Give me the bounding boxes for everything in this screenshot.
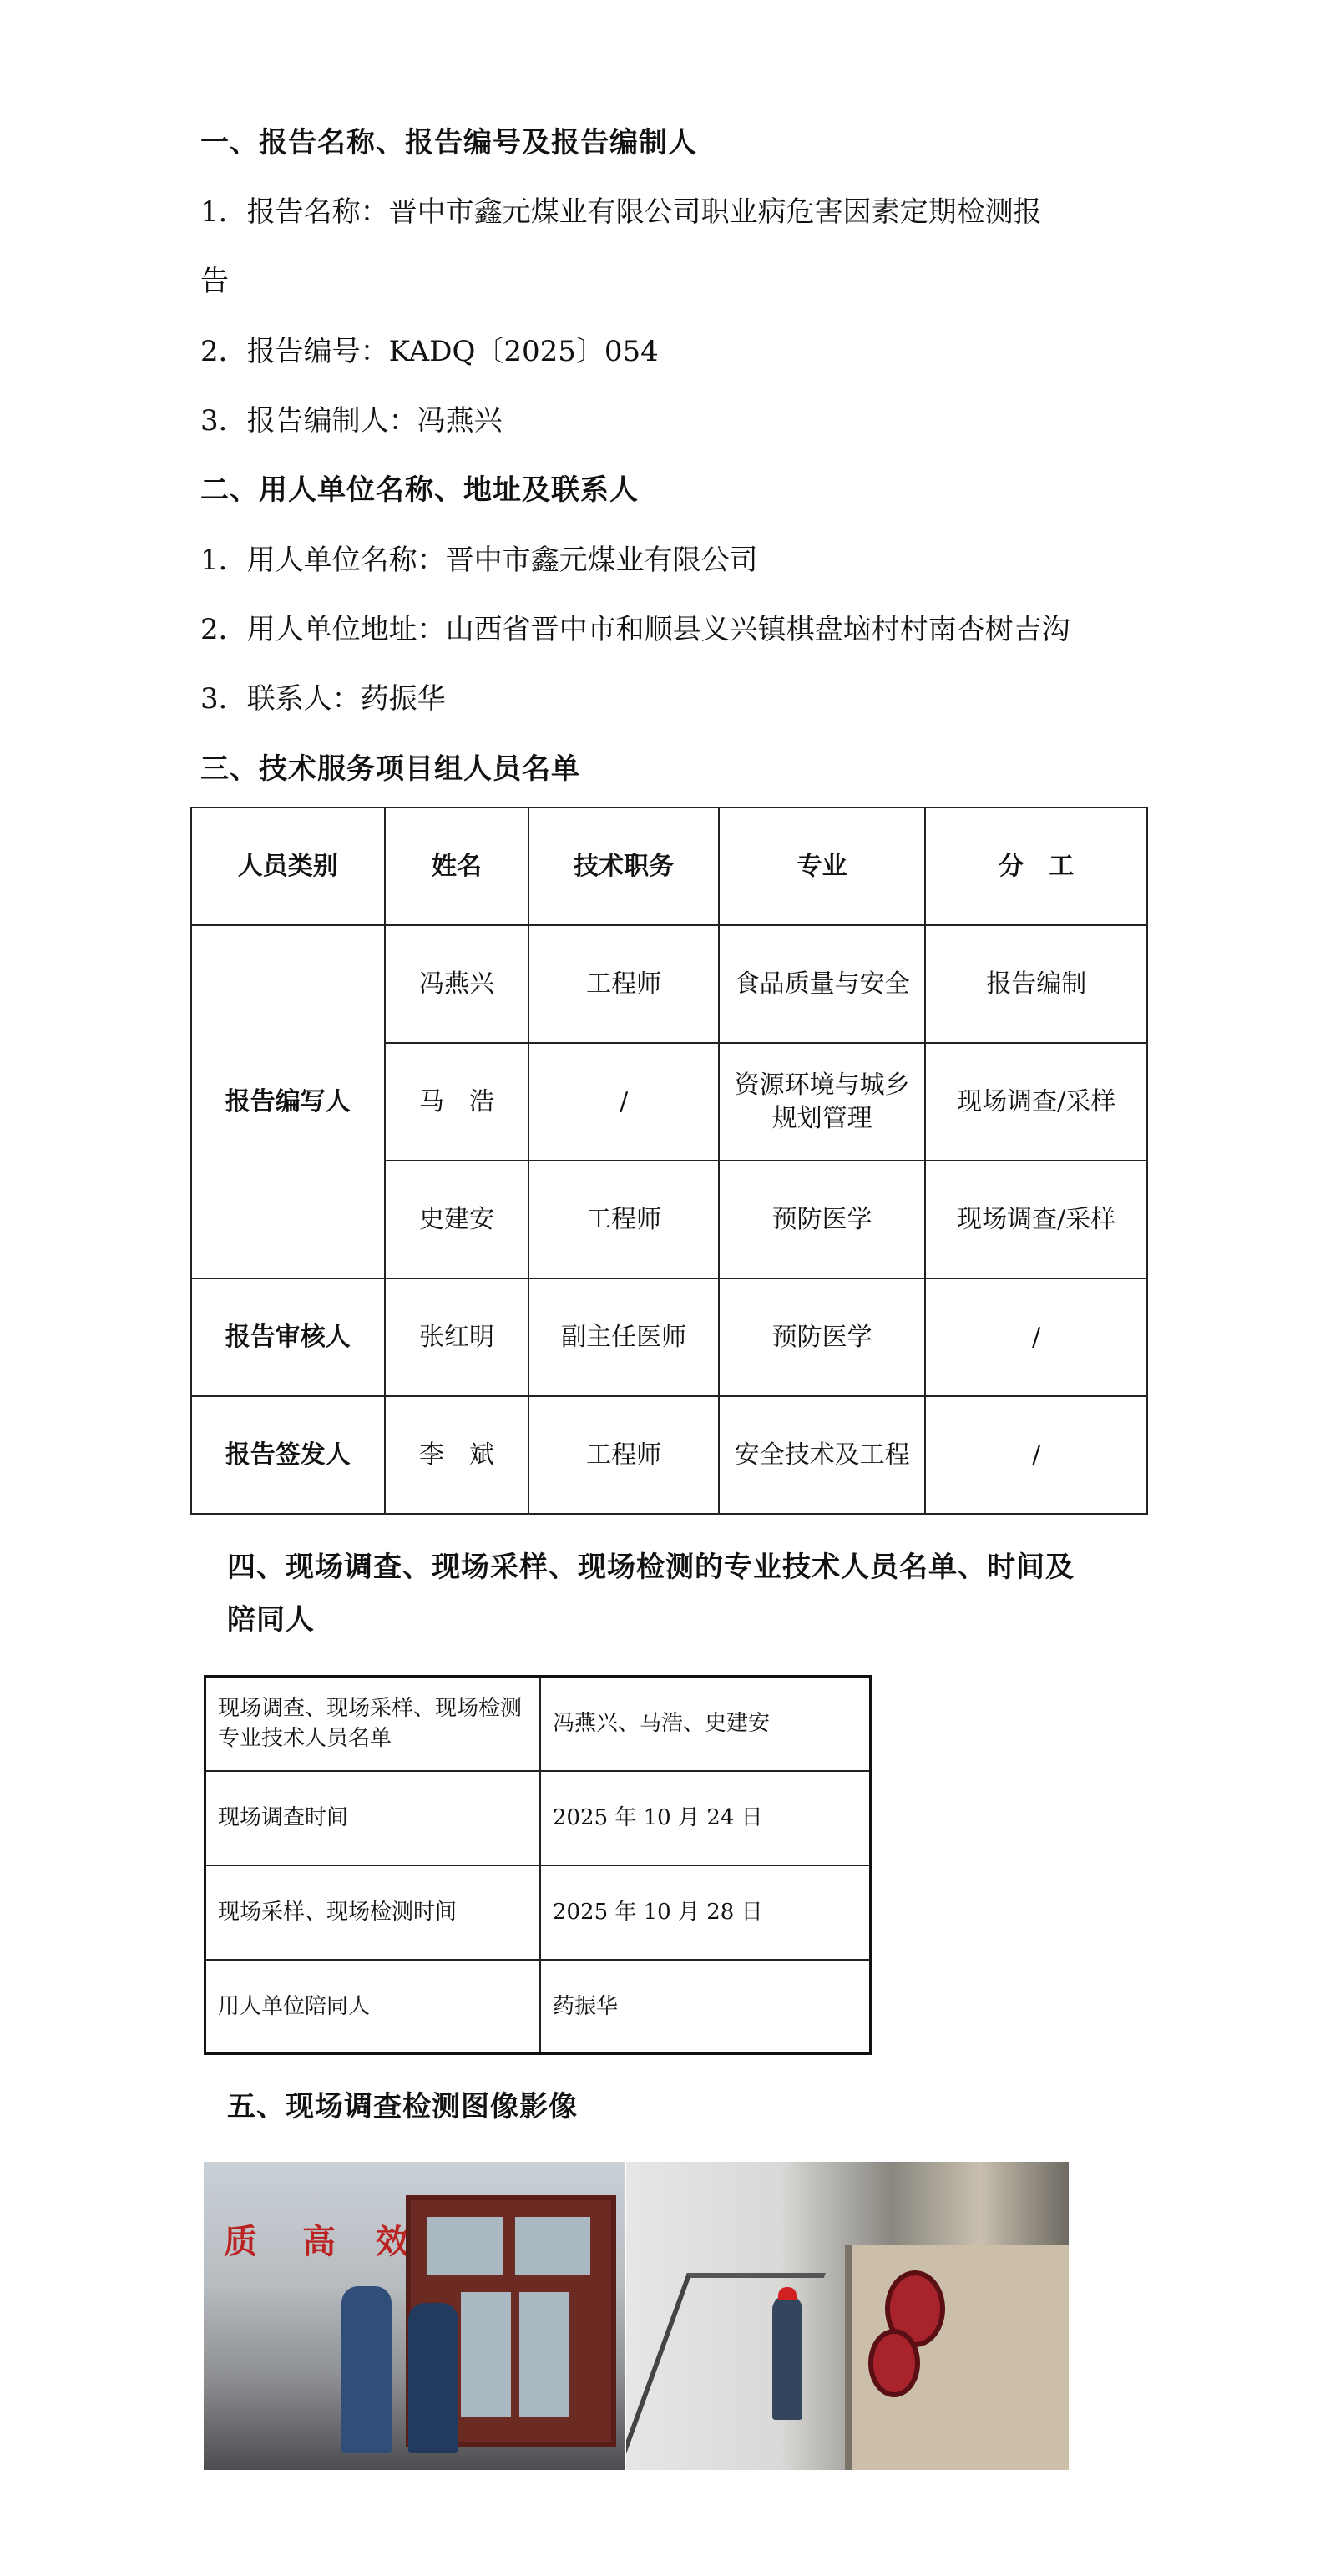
category-cell: 报告编写人	[191, 925, 385, 1278]
sign-char: 效	[376, 2215, 409, 2263]
name-cell: 张红明	[385, 1278, 529, 1396]
section4-heading: 四、现场调查、现场采样、现场检测的专业技术人员名单、时间及	[227, 1550, 1075, 1585]
name-cell: 冯燕兴	[385, 925, 529, 1043]
role-cell: /	[925, 1396, 1147, 1514]
employer-address: 2．用人单位地址：山西省晋中市和顺县义兴镇棋盘垴村村南杏树吉沟	[200, 612, 1070, 647]
person-figure	[341, 2286, 392, 2453]
table-row: 用人单位陪同人 药振华	[205, 1960, 871, 2054]
major-cell: 食品质量与安全	[719, 925, 926, 1043]
label-cell: 现场调查、现场采样、现场检测专业技术人员名单	[205, 1677, 540, 1771]
category-cell: 报告审核人	[191, 1278, 385, 1396]
report-name: 1．报告名称：晋中市鑫元煤业有限公司职业病危害因素定期检测报	[200, 195, 1042, 230]
contact-person: 3．联系人：药振华	[200, 681, 446, 716]
header-category: 人员类别	[191, 807, 385, 925]
role-cell: 现场调查/采样	[925, 1043, 1147, 1161]
employer-name: 1．用人单位名称：晋中市鑫元煤业有限公司	[200, 543, 758, 578]
major-cell: 安全技术及工程	[719, 1396, 926, 1514]
role-cell: 现场调查/采样	[925, 1161, 1147, 1278]
title-cell: 副主任医师	[528, 1278, 719, 1396]
header-major: 专业	[719, 807, 926, 925]
field-work-table: 现场调查、现场采样、现场检测专业技术人员名单 冯燕兴、马浩、史建安 现场调查时间…	[204, 1675, 872, 2055]
name-cell: 马 浩	[385, 1043, 529, 1161]
table-row: 现场调查时间 2025 年 10 月 24 日	[205, 1771, 871, 1865]
table-row: 报告编写人 冯燕兴 工程师 食品质量与安全 报告编制	[191, 925, 1147, 1043]
report-author: 3．报告编制人：冯燕兴	[200, 403, 503, 438]
table-row: 现场采样、现场检测时间 2025 年 10 月 28 日	[205, 1865, 871, 1960]
section2-heading: 二、用人单位名称、地址及联系人	[200, 473, 639, 508]
header-title: 技术职务	[528, 807, 719, 925]
value-cell: 2025 年 10 月 28 日	[540, 1865, 871, 1960]
name-cell: 史建安	[385, 1161, 529, 1278]
major-cell: 预防医学	[719, 1161, 926, 1278]
hard-hat	[778, 2287, 797, 2300]
project-team-table: 人员类别 姓名 技术职务 专业 分 工 报告编写人 冯燕兴 工程师 食品质量与安…	[190, 807, 1148, 1515]
technician-figure	[772, 2295, 802, 2420]
sign-char: 高	[302, 2215, 336, 2263]
header-name: 姓名	[385, 807, 529, 925]
report-number: 2．报告编号：KADQ〔2025〕054	[200, 334, 659, 369]
photo-staff-at-entrance: 质 高 效	[204, 2162, 625, 2470]
value-cell: 2025 年 10 月 24 日	[540, 1771, 871, 1865]
site-photos: 质 高 效	[204, 2162, 1069, 2470]
photo-onsite-measurement	[626, 2162, 1069, 2470]
role-cell: 报告编制	[925, 925, 1147, 1043]
title-cell: /	[528, 1043, 719, 1161]
title-cell: 工程师	[528, 1396, 719, 1514]
major-cell: 资源环境与城乡规划管理	[719, 1043, 926, 1161]
header-role: 分 工	[925, 807, 1147, 925]
label-cell: 用人单位陪同人	[205, 1960, 540, 2054]
table-header-row: 人员类别 姓名 技术职务 专业 分 工	[191, 807, 1147, 925]
section1-heading: 一、报告名称、报告编号及报告编制人	[200, 125, 697, 160]
title-cell: 工程师	[528, 925, 719, 1043]
major-cell: 预防医学	[719, 1278, 926, 1396]
person-figure	[408, 2303, 458, 2453]
role-cell: /	[925, 1278, 1147, 1396]
category-cell: 报告签发人	[191, 1396, 385, 1514]
label-cell: 现场调查时间	[205, 1771, 540, 1865]
section5-heading: 五、现场调查检测图像影像	[227, 2089, 578, 2124]
report-name-continued: 告	[200, 264, 229, 299]
table-row: 报告审核人 张红明 副主任医师 预防医学 /	[191, 1278, 1147, 1396]
value-cell: 药振华	[540, 1960, 871, 2054]
table-row: 报告签发人 李 斌 工程师 安全技术及工程 /	[191, 1396, 1147, 1514]
section3-heading: 三、技术服务项目组人员名单	[200, 752, 580, 787]
sign-char: 质	[224, 2215, 257, 2263]
name-cell: 李 斌	[385, 1396, 529, 1514]
table-row: 现场调查、现场采样、现场检测专业技术人员名单 冯燕兴、马浩、史建安	[205, 1677, 871, 1771]
value-cell: 冯燕兴、马浩、史建安	[540, 1677, 871, 1771]
vibrating-screen-machine	[845, 2245, 1069, 2470]
title-cell: 工程师	[528, 1161, 719, 1278]
label-cell: 现场采样、现场检测时间	[205, 1865, 540, 1960]
section4-heading-continued: 陪同人	[227, 1602, 315, 1637]
